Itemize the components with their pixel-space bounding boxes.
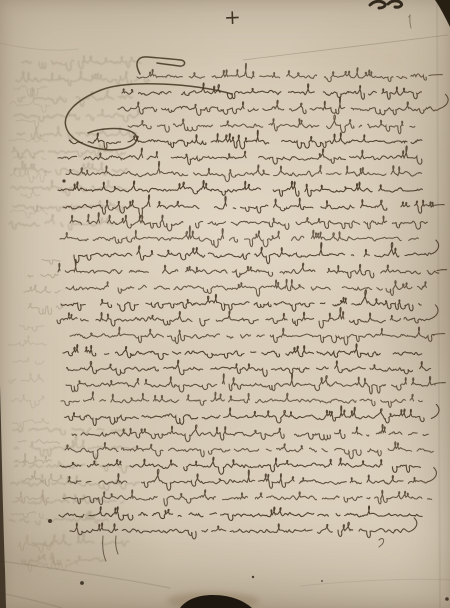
text-line — [60, 226, 418, 247]
bleedthrough-line — [13, 428, 126, 435]
crease-line — [0, 43, 78, 50]
descender-tails — [103, 536, 384, 561]
ink-dot — [252, 576, 254, 578]
text-line — [72, 424, 428, 441]
text-line — [70, 213, 427, 231]
descender-tail — [103, 536, 106, 561]
margin-scribble — [18, 440, 60, 444]
margin-scribble — [8, 336, 46, 346]
text-line — [68, 468, 436, 491]
margin-scribble — [11, 511, 43, 518]
margin-scribble — [21, 189, 44, 198]
margin-scribble — [12, 418, 49, 428]
bleedthrough-line — [11, 475, 140, 491]
ink-layer: + — [0, 0, 450, 608]
crease-line — [0, 561, 170, 588]
margin-scribble — [24, 285, 60, 293]
margin-scribble — [14, 454, 51, 464]
bleedthrough-line — [22, 553, 104, 564]
hairline-stroke — [243, 35, 448, 60]
bleedthrough-line — [11, 180, 126, 195]
opening-initial-flourish — [65, 57, 232, 150]
margin-scribble — [28, 303, 63, 314]
margin-scribble — [28, 556, 78, 571]
margin-scribble — [42, 259, 61, 264]
text-line — [66, 279, 426, 296]
manuscript-page: + — [0, 0, 450, 608]
text-line — [61, 392, 422, 408]
text-line — [66, 373, 445, 394]
margin-scribble — [11, 395, 45, 408]
text-line — [66, 161, 426, 181]
descender-tail — [116, 536, 118, 554]
text-line — [65, 442, 433, 459]
margin-scribble — [13, 153, 46, 159]
text-line — [69, 130, 429, 149]
text-line — [118, 94, 448, 115]
margin-scribble — [9, 373, 43, 383]
text-line — [67, 360, 431, 376]
text-line — [70, 327, 445, 345]
handwriting-layer — [57, 63, 448, 539]
ink-dot — [62, 179, 65, 182]
text-line — [63, 490, 432, 506]
line-end-mark — [379, 539, 384, 547]
text-line — [60, 457, 421, 474]
crease-line — [0, 593, 62, 608]
crease-line — [437, 0, 440, 608]
ink-dot — [321, 580, 323, 582]
text-line — [63, 195, 444, 216]
text-line — [122, 83, 421, 99]
margin-scribble — [14, 86, 47, 96]
bleedthrough-line — [14, 435, 135, 456]
bleedthrough-line — [16, 71, 150, 86]
flourish-stroke — [137, 57, 185, 74]
folio-mark-fragment — [370, 1, 385, 8]
margin-scribble — [9, 139, 48, 142]
margin-scribble — [10, 99, 50, 113]
margin-scribble — [20, 325, 44, 331]
ink-dot — [80, 581, 84, 585]
ink-dot — [445, 597, 449, 601]
text-line — [58, 259, 447, 278]
bleedthrough-line — [32, 534, 134, 546]
text-line — [58, 146, 422, 165]
text-line — [63, 344, 422, 360]
text-line — [65, 404, 439, 425]
text-line — [70, 518, 417, 539]
text-line — [74, 240, 439, 264]
ink-dots-layer — [48, 179, 449, 600]
invocation-cross-mark: + — [224, 5, 242, 30]
text-line — [128, 115, 415, 134]
bleedthrough-line — [15, 161, 131, 175]
margin-scribble — [13, 358, 44, 364]
corner-tick-mark — [409, 15, 411, 28]
text-line — [58, 181, 422, 197]
tick-stroke — [410, 15, 411, 28]
ink-dot — [48, 519, 52, 523]
folio-mark-fragment — [388, 1, 402, 7]
text-line — [61, 290, 421, 311]
bleedthrough-line — [22, 56, 141, 71]
folio-corner-marks — [370, 1, 402, 8]
text-line — [59, 506, 422, 521]
margin-scribble — [28, 274, 58, 278]
bleedthrough-line — [12, 144, 125, 158]
text-line — [57, 305, 438, 328]
page-edge-shadow — [0, 385, 6, 608]
